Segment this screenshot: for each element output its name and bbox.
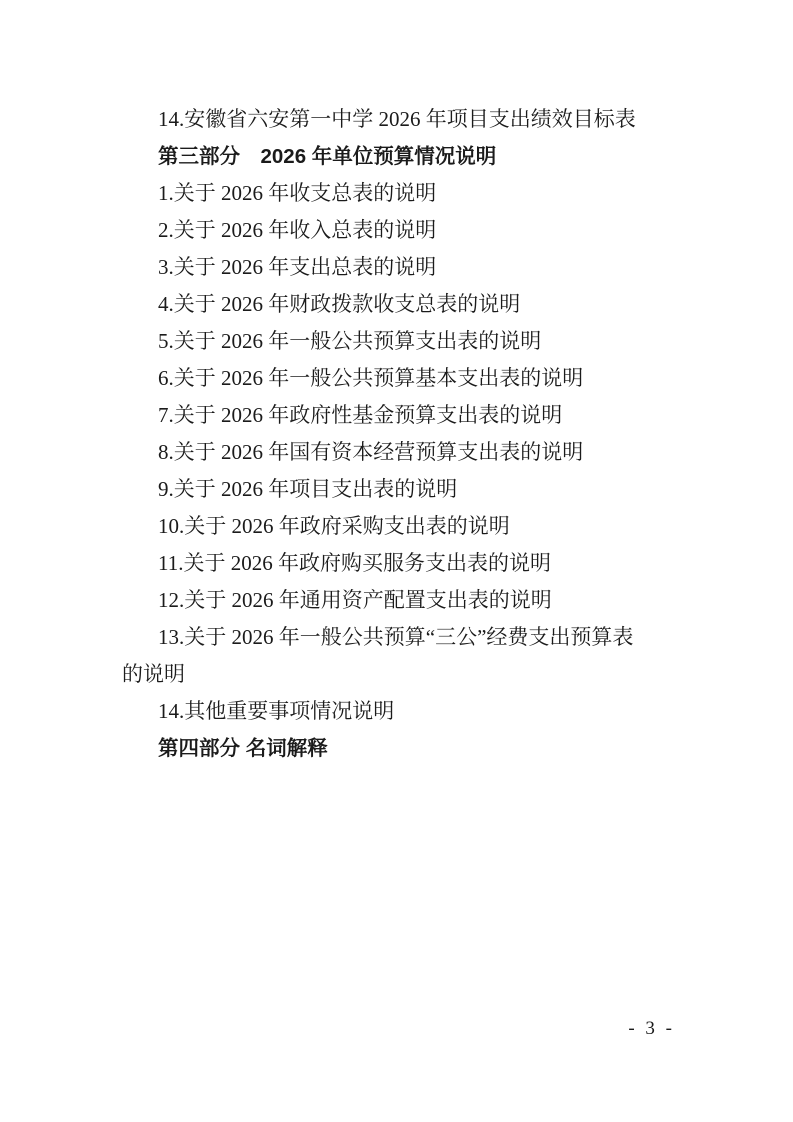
- toc-line: 10.关于 2026 年政府采购支出表的说明: [122, 508, 682, 545]
- toc-line: 5.关于 2026 年一般公共预算支出表的说明: [122, 323, 682, 360]
- toc-line: 2.关于 2026 年收入总表的说明: [122, 212, 682, 249]
- page-number: - 3 -: [628, 1018, 675, 1040]
- toc-line: 第四部分 名词解释: [122, 730, 682, 767]
- toc-line: 14.其他重要事项情况说明: [122, 693, 682, 730]
- toc-line: 1.关于 2026 年收支总表的说明: [122, 175, 682, 212]
- toc-line: 的说明: [122, 656, 682, 693]
- toc-line: 3.关于 2026 年支出总表的说明: [122, 249, 682, 286]
- toc-line: 13.关于 2026 年一般公共预算“三公”经费支出预算表: [122, 619, 682, 656]
- toc-line: 8.关于 2026 年国有资本经营预算支出表的说明: [122, 434, 682, 471]
- toc-line: 4.关于 2026 年财政拨款收支总表的说明: [122, 286, 682, 323]
- toc-line: 9.关于 2026 年项目支出表的说明: [122, 471, 682, 508]
- toc-line: 6.关于 2026 年一般公共预算基本支出表的说明: [122, 360, 682, 397]
- toc-line: 11.关于 2026 年政府购买服务支出表的说明: [122, 545, 682, 582]
- toc-line: 7.关于 2026 年政府性基金预算支出表的说明: [122, 397, 682, 434]
- document-page: 14.安徽省六安第一中学 2026 年项目支出绩效目标表第三部分 2026 年单…: [0, 0, 793, 1122]
- toc-content: 14.安徽省六安第一中学 2026 年项目支出绩效目标表第三部分 2026 年单…: [122, 101, 682, 767]
- toc-line: 12.关于 2026 年通用资产配置支出表的说明: [122, 582, 682, 619]
- toc-line: 第三部分 2026 年单位预算情况说明: [122, 138, 682, 175]
- toc-line: 14.安徽省六安第一中学 2026 年项目支出绩效目标表: [122, 101, 682, 138]
